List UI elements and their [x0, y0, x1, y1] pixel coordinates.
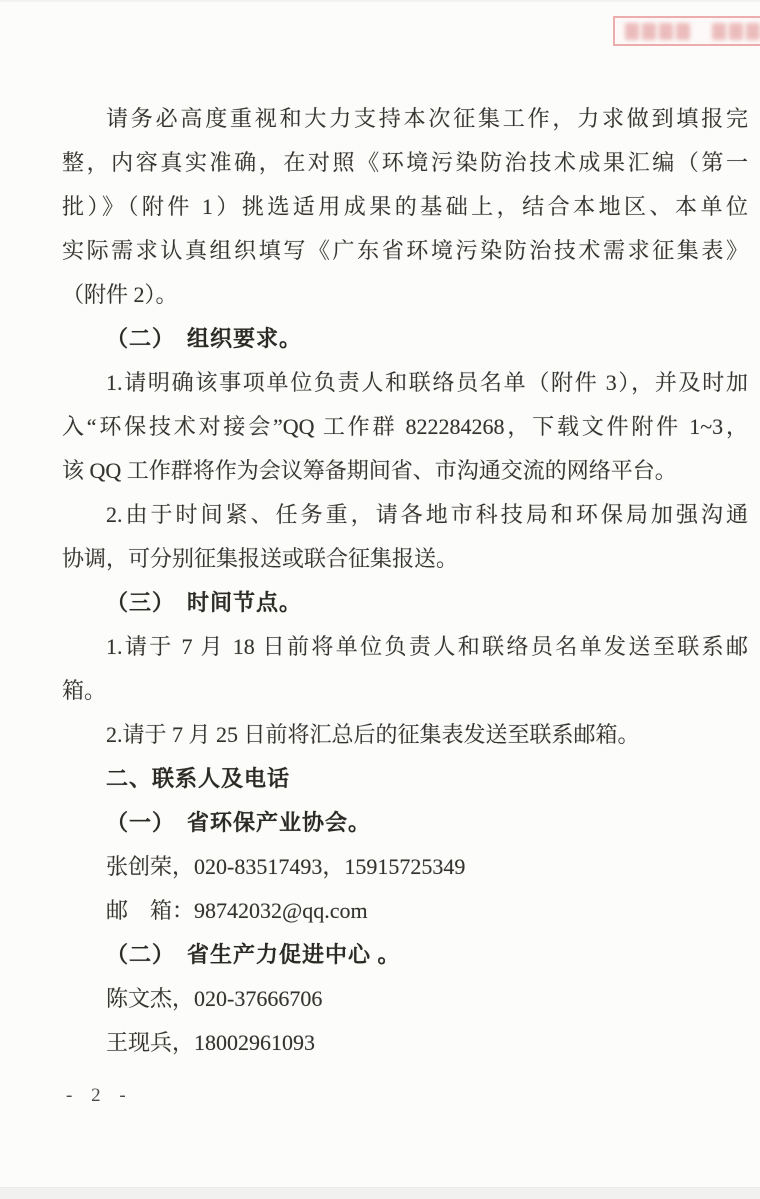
- doc-line: 入“环保技术对接会”QQ 工作群 822284268，下载文件附件 1~3，: [62, 405, 748, 449]
- heading-section-2-organization-requirements: （二） 组织要求。: [62, 317, 748, 361]
- document-page: 请务必高度重视和大力支持本次征集工作，力求做到填报完 整，内容真实准确，在对照《…: [0, 0, 760, 1199]
- document-body: 请务必高度重视和大力支持本次征集工作，力求做到填报完 整，内容真实准确，在对照《…: [62, 97, 748, 1065]
- stamp-smudge: [659, 23, 673, 40]
- contact-line: 陈文杰，020-37666706: [62, 977, 748, 1021]
- contact-line: 张创荣，020-83517493，15915725349: [62, 845, 748, 889]
- stamp-smudge: [746, 23, 760, 40]
- stamp-smudge: [676, 23, 690, 40]
- doc-line: 批）》（附件 1）挑选适用成果的基础上，结合本地区、本单位: [62, 185, 748, 229]
- doc-line: 1.请于 7 月 18 日前将单位负责人和联络员名单发送至联系邮: [62, 625, 748, 669]
- heading-section-3-time-nodes: （三） 时间节点。: [62, 581, 748, 625]
- heading-provincial-env-industry-association: （一） 省环保产业协会。: [62, 801, 748, 845]
- stamp-smudge: [712, 23, 726, 40]
- scan-bottom-edge: [0, 1187, 760, 1199]
- doc-line: 协调，可分别征集报送或联合征集报送。: [62, 537, 748, 581]
- contact-email-line: 邮 箱：98742032@qq.com: [62, 889, 748, 933]
- doc-line: 1.请明确该事项单位负责人和联络员名单（附件 3），并及时加: [62, 361, 748, 405]
- page-number: - 2 -: [66, 1083, 133, 1109]
- doc-line: 整，内容真实准确，在对照《环境污染防治技术成果汇编（第一: [62, 141, 748, 185]
- heading-provincial-productivity-center: （二） 省生产力促进中心 。: [62, 933, 748, 977]
- doc-line: 该 QQ 工作群将作为会议筹备期间省、市沟通交流的网络平台。: [62, 449, 748, 493]
- heading-contacts-and-phones: 二、联系人及电话: [62, 757, 748, 801]
- doc-line: 实际需求认真组织填写《广东省环境污染防治技术需求征集表》: [62, 229, 748, 273]
- stamp-smudge: [729, 23, 743, 40]
- stamp-smudge: [625, 23, 639, 40]
- red-archive-stamp: [613, 16, 760, 46]
- contact-line: 王现兵，18002961093: [62, 1021, 748, 1065]
- scan-top-edge: [0, 0, 760, 3]
- doc-line: 请务必高度重视和大力支持本次征集工作，力求做到填报完: [62, 97, 748, 141]
- doc-line: （附件 2）。: [62, 273, 748, 317]
- doc-line: 2.请于 7 月 25 日前将汇总后的征集表发送至联系邮箱。: [62, 713, 748, 757]
- stamp-smudge: [642, 23, 656, 40]
- doc-line: 2.由于时间紧、任务重，请各地市科技局和环保局加强沟通: [62, 493, 748, 537]
- doc-line: 箱。: [62, 669, 748, 713]
